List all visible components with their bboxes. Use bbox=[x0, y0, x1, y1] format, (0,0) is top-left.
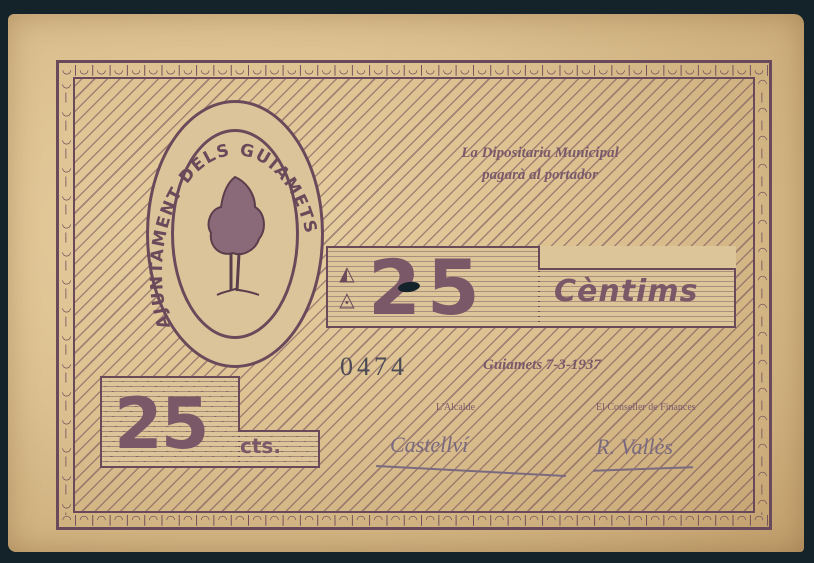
value-amount: 25 bbox=[368, 248, 486, 328]
signature-label-mayor: L'Alcalde bbox=[436, 402, 475, 413]
corner-value-unit: cts. bbox=[240, 434, 281, 458]
border-ornament-right: ◠—◠—◠—◠—◠—◠—◠—◠—◠—◠—◠—◠—◠—◠—◠—◠—◠—◠—◠—◠—… bbox=[755, 77, 769, 515]
border-ornament-left: ◡—◡—◡—◡—◡—◡—◡—◡—◡—◡—◡—◡—◡—◡—◡—◡—◡—◡—◡—◡—… bbox=[59, 77, 73, 515]
value-panel: ◭◬ 25 Cèntims bbox=[326, 246, 736, 328]
ornament-icon: ◭◬ bbox=[334, 260, 360, 312]
corner-value-amount: 25 bbox=[114, 384, 207, 464]
issuer-text: La Dipositaria Municipal pagarà al porta… bbox=[380, 142, 700, 186]
issuer-line-2: pagarà al portador bbox=[380, 164, 700, 186]
place-date: Guiamets 7-3-1937 bbox=[483, 357, 601, 374]
value-unit: Cèntims bbox=[554, 274, 698, 309]
border-ornament-top: ◡|◡|◡|◡|◡|◡|◡|◡|◡|◡|◡|◡|◡|◡|◡|◡|◡|◡|◡|◡|… bbox=[62, 63, 768, 77]
serial-number: 0474 bbox=[340, 352, 408, 382]
tree-icon bbox=[205, 173, 269, 303]
municipal-seal: AJUNTAMENT DELS GUIAMETS bbox=[146, 100, 324, 368]
banknote: ◡|◡|◡|◡|◡|◡|◡|◡|◡|◡|◡|◡|◡|◡|◡|◡|◡|◡|◡|◡|… bbox=[8, 14, 804, 552]
issuer-line-1: La Dipositaria Municipal bbox=[380, 142, 700, 164]
border-ornament-bottom: ◠|◠|◠|◠|◠|◠|◠|◠|◠|◠|◠|◠|◠|◠|◠|◠|◠|◠|◠|◠|… bbox=[62, 513, 768, 527]
signature-label-treasurer: El Conseller de Finances bbox=[596, 402, 696, 413]
signature-mayor: Castellví bbox=[390, 432, 468, 458]
signature-treasurer: R. Vallès bbox=[596, 434, 673, 460]
corner-value-panel: 25 cts. bbox=[100, 376, 320, 468]
